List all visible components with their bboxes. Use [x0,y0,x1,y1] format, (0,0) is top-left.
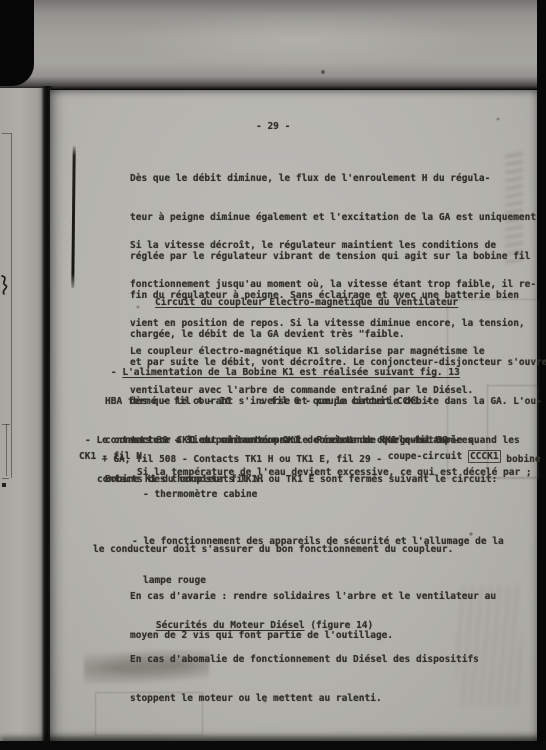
scan-corner-shadow [0,0,34,86]
facing-page-border-line [2,478,9,479]
text-line: Si la vitesse décroît, le régulateur mai… [93,239,546,252]
dust-specks [0,0,2,2]
line-conducteur: le conducteur doit s'assurer du bon fonc… [93,543,453,556]
text-line: En cas d'abomalie de fonctionnement du D… [93,653,479,666]
text-segment: bobine [501,454,541,465]
text-segment: coupe-circuit [388,451,468,462]
inserted-correction: coupe-circuit CCCK1 [388,451,501,462]
facing-page-edge [0,88,44,742]
section-heading-coupler-circuit: Circuit du coupleur Electro-magnétique d… [155,296,458,309]
facing-page-border-line [11,133,12,478]
facing-page-border-line [6,424,7,476]
scanned-document-page: - 29 - Dès que le débit diminue, le flux… [0,0,546,750]
text-line: Dès que le débit diminue, le flux de l'e… [93,172,536,185]
text-line: En cas d'avarie : rendre solidaires l'ar… [93,590,496,603]
boxed-reference: CCCK1 [468,450,501,463]
page-number: - 29 - [256,120,290,133]
scan-bottom-edge [0,741,546,750]
text-line: fonctionnement jusqu'au moment où, la vi… [93,278,546,291]
scanner-band-highlight [120,10,480,70]
circuit-sequence-ga-line2: CK1 - fil N. [79,450,148,463]
line-temperature: Si la température de l'eau devient exces… [137,466,532,479]
ink-squiggle-mark [0,274,12,298]
paragraph-anomalie: En cas d'abomalie de fonctionnement du D… [93,627,479,731]
text-line: HBA fermé - fil 4 - IG : fil 6 - coupe c… [105,395,460,408]
text-line: stoppent le moteur ou le mettent au rale… [93,692,479,705]
list-item-thermometre: - thermomètre cabine [143,488,257,501]
facing-page-border-mark [2,483,6,487]
